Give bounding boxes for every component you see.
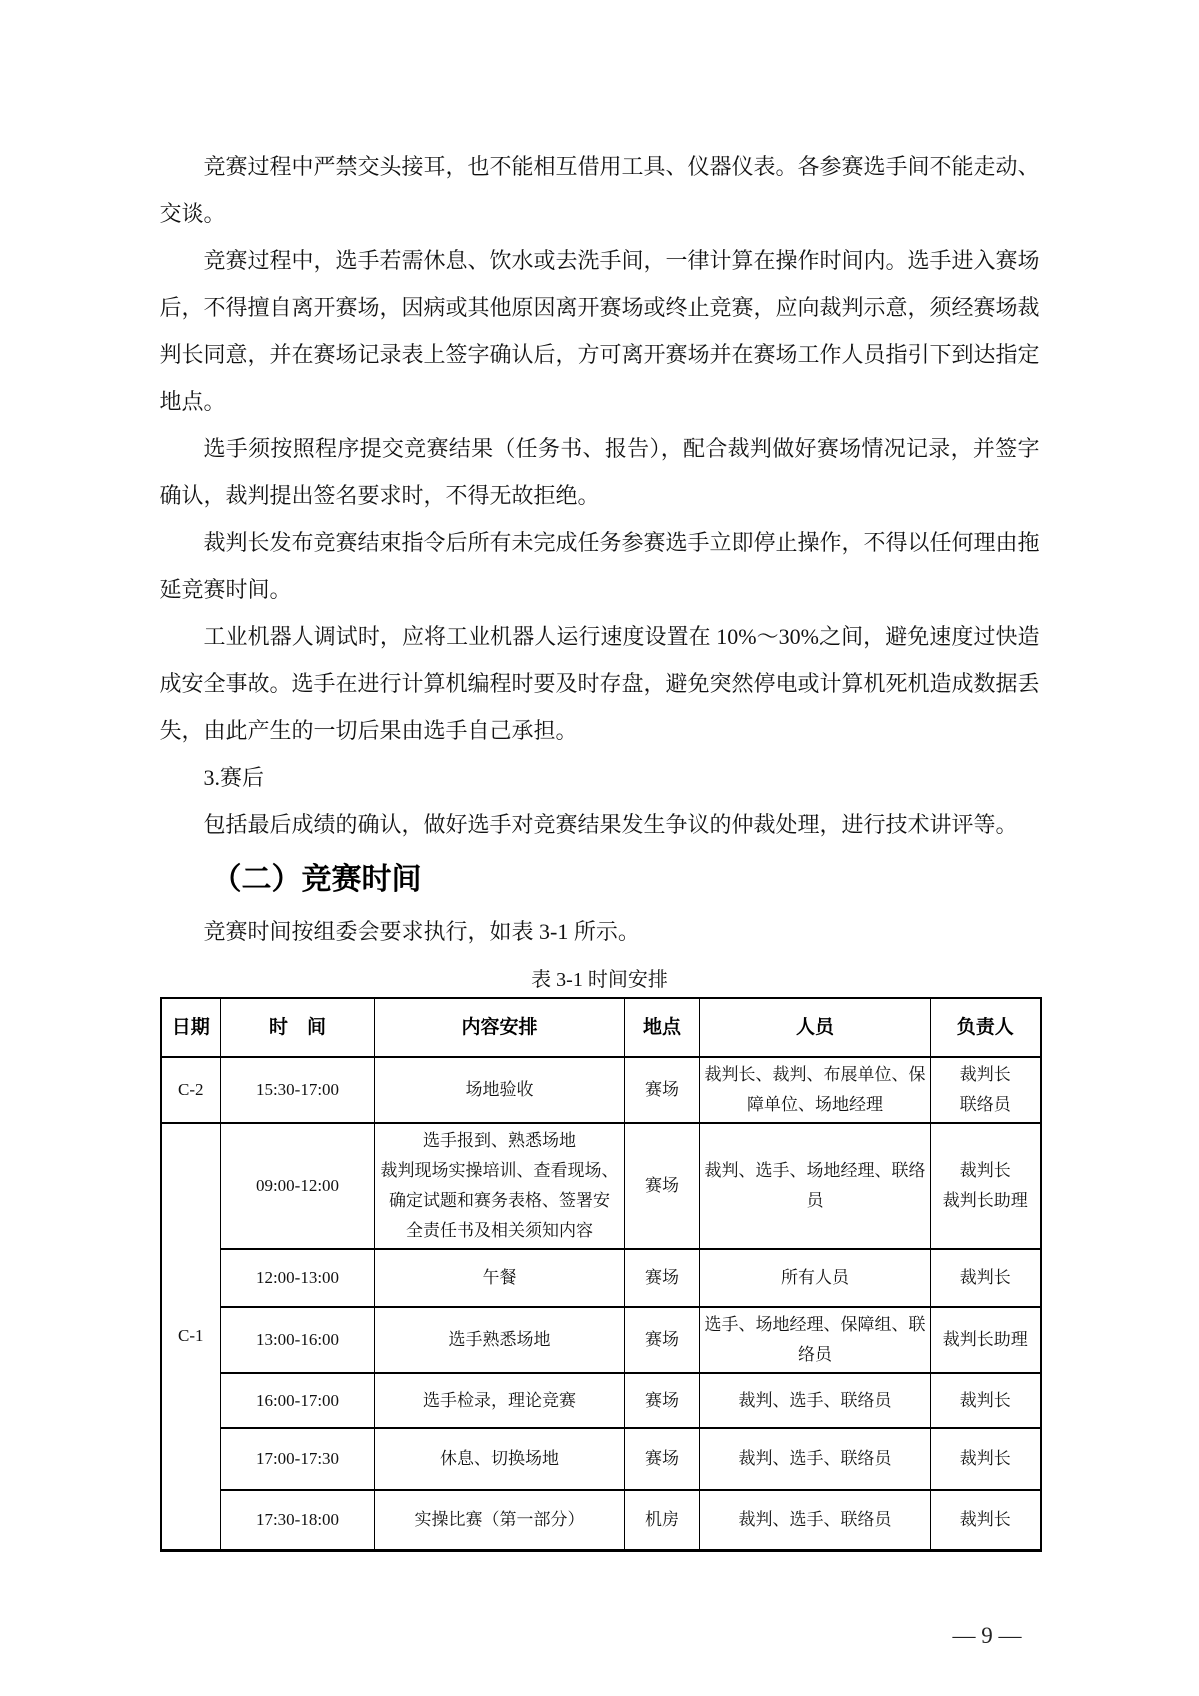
- paragraph: 选手须按照程序提交竞赛结果（任务书、报告），配合裁判做好赛场情况记录，并签字确认…: [160, 425, 1040, 519]
- document-page: 竞赛过程中严禁交头接耳，也不能相互借用工具、仪器仪表。各参赛选手间不能走动、交谈…: [0, 0, 1199, 1696]
- content-cell: 实操比赛（第一部分）: [375, 1490, 625, 1550]
- table-row: 17:00-17:30 休息、切换场地 赛场 裁判、选手、联络员 裁判长: [161, 1428, 1041, 1490]
- time-cell: 17:30-18:00: [221, 1490, 375, 1550]
- location-cell: 赛场: [625, 1428, 700, 1490]
- personnel-cell: 选手、场地经理、保障组、联 络员: [700, 1307, 931, 1373]
- personnel-cell: 裁判、选手、联络员: [700, 1428, 931, 1490]
- content-cell: 午餐: [375, 1249, 625, 1307]
- content-cell: 选手报到、熟悉场地 裁判现场实操培训、查看现场、 确定试题和赛务表格、签署安 全…: [375, 1123, 625, 1249]
- table-row: C-2 15:30-17:00 场地验收 赛场 裁判长、裁判、布展单位、保 障单…: [161, 1057, 1041, 1123]
- time-cell: 15:30-17:00: [221, 1057, 375, 1123]
- lead-cell: 裁判长: [931, 1428, 1041, 1490]
- column-header-time: 时 间: [221, 998, 375, 1057]
- paragraph: 工业机器人调试时，应将工业机器人运行速度设置在 10%～30%之间，避免速度过快…: [160, 613, 1040, 754]
- personnel-cell: 所有人员: [700, 1249, 931, 1307]
- section-heading: （二）竞赛时间: [212, 860, 1040, 900]
- personnel-cell: 裁判、选手、联络员: [700, 1490, 931, 1550]
- time-cell: 17:00-17:30: [221, 1428, 375, 1490]
- lead-cell: 裁判长助理: [931, 1307, 1041, 1373]
- table-header-row: 日期 时 间 内容安排 地点 人员 负责人: [161, 998, 1041, 1057]
- personnel-cell: 裁判、选手、场地经理、联络 员: [700, 1123, 931, 1249]
- location-cell: 赛场: [625, 1057, 700, 1123]
- content-cell: 休息、切换场地: [375, 1428, 625, 1490]
- paragraph: 竞赛过程中，选手若需休息、饮水或去洗手间，一律计算在操作时间内。选手进入赛场后，…: [160, 237, 1040, 425]
- location-cell: 赛场: [625, 1373, 700, 1428]
- table-caption: 表 3-1 时间安排: [160, 963, 1040, 997]
- personnel-cell: 裁判、选手、联络员: [700, 1373, 931, 1428]
- content-cell: 选手熟悉场地: [375, 1307, 625, 1373]
- table-row: 16:00-17:00 选手检录，理论竞赛 赛场 裁判、选手、联络员 裁判长: [161, 1373, 1041, 1428]
- location-cell: 赛场: [625, 1249, 700, 1307]
- time-cell: 09:00-12:00: [221, 1123, 375, 1249]
- paragraph: 竞赛过程中严禁交头接耳，也不能相互借用工具、仪器仪表。各参赛选手间不能走动、交谈…: [160, 143, 1040, 237]
- time-cell: 13:00-16:00: [221, 1307, 375, 1373]
- location-cell: 赛场: [625, 1307, 700, 1373]
- schedule-table: 日期 时 间 内容安排 地点 人员 负责人 C-2 15:30-17:00 场地…: [160, 997, 1042, 1552]
- table-row: 13:00-16:00 选手熟悉场地 赛场 选手、场地经理、保障组、联 络员 裁…: [161, 1307, 1041, 1373]
- date-cell: C-2: [161, 1057, 221, 1123]
- table-row: C-1 09:00-12:00 选手报到、熟悉场地 裁判现场实操培训、查看现场、…: [161, 1123, 1041, 1249]
- intro-paragraph: 竞赛时间按组委会要求执行，如表 3-1 所示。: [160, 908, 1040, 955]
- lead-cell: 裁判长: [931, 1249, 1041, 1307]
- time-cell: 12:00-13:00: [221, 1249, 375, 1307]
- column-header-personnel: 人员: [700, 998, 931, 1057]
- paragraph: 裁判长发布竞赛结束指令后所有未完成任务参赛选手立即停止操作，不得以任何理由拖延竞…: [160, 519, 1040, 613]
- lead-cell: 裁判长: [931, 1490, 1041, 1550]
- lead-cell: 裁判长: [931, 1373, 1041, 1428]
- lead-cell: 裁判长 裁判长助理: [931, 1123, 1041, 1249]
- lead-cell: 裁判长 联络员: [931, 1057, 1041, 1123]
- document-content: 竞赛过程中严禁交头接耳，也不能相互借用工具、仪器仪表。各参赛选手间不能走动、交谈…: [160, 0, 1040, 1552]
- time-cell: 16:00-17:00: [221, 1373, 375, 1428]
- column-header-content: 内容安排: [375, 998, 625, 1057]
- list-item-post-competition: 3.赛后: [160, 754, 1040, 801]
- date-cell: C-1: [161, 1123, 221, 1550]
- content-cell: 选手检录，理论竞赛: [375, 1373, 625, 1428]
- paragraph: 包括最后成绩的确认，做好选手对竞赛结果发生争议的仲裁处理，进行技术讲评等。: [160, 801, 1040, 848]
- location-cell: 赛场: [625, 1123, 700, 1249]
- page-number: — 9 —: [925, 1620, 1049, 1652]
- column-header-location: 地点: [625, 998, 700, 1057]
- column-header-lead: 负责人: [931, 998, 1041, 1057]
- location-cell: 机房: [625, 1490, 700, 1550]
- table-row: 17:30-18:00 实操比赛（第一部分） 机房 裁判、选手、联络员 裁判长: [161, 1490, 1041, 1550]
- table-row: 12:00-13:00 午餐 赛场 所有人员 裁判长: [161, 1249, 1041, 1307]
- column-header-date: 日期: [161, 998, 221, 1057]
- content-cell: 场地验收: [375, 1057, 625, 1123]
- personnel-cell: 裁判长、裁判、布展单位、保 障单位、场地经理: [700, 1057, 931, 1123]
